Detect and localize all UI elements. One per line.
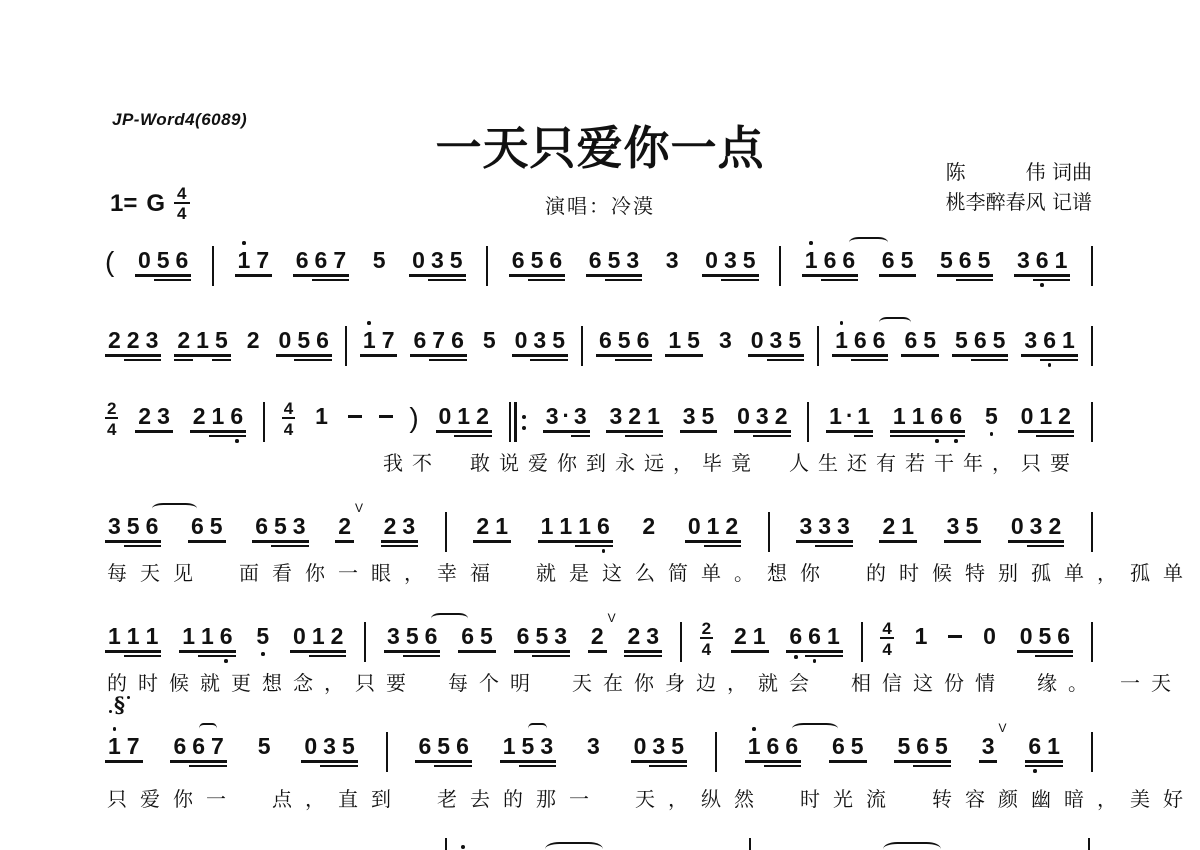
beam-line	[890, 435, 909, 437]
beam-line	[105, 354, 124, 356]
beam-line	[1035, 655, 1054, 657]
note-group: 656	[415, 734, 471, 758]
beam-line	[105, 650, 124, 652]
note-digit: 1	[559, 513, 572, 539]
beam-line	[143, 354, 162, 356]
note-digit: 6	[916, 733, 929, 759]
note-group: 012	[290, 624, 346, 648]
beam-line	[477, 650, 496, 652]
beam-line	[532, 650, 551, 652]
time-numerator: 4	[282, 400, 295, 417]
octave-dot-low	[813, 659, 817, 663]
time-denominator: 4	[880, 637, 893, 658]
beam-line	[1036, 430, 1055, 432]
jianpu-note: 6	[143, 514, 162, 538]
jianpu-note: 2	[1045, 514, 1064, 538]
beam-line	[173, 279, 192, 281]
beam-line	[605, 279, 624, 281]
note-digit: 5	[618, 327, 631, 353]
jianpu-note: 1	[1036, 404, 1055, 428]
barline	[212, 246, 214, 286]
note-digit: 5	[687, 327, 700, 353]
barline	[486, 246, 488, 286]
note-digit: 6	[425, 623, 438, 649]
beam-line	[453, 765, 472, 767]
note-digit: 3	[818, 513, 831, 539]
note-group: 012	[1018, 404, 1074, 428]
jianpu-note: 6	[422, 624, 441, 648]
note-digit: 1	[196, 327, 209, 353]
beam-line	[704, 545, 723, 547]
note-digit: 1	[901, 513, 914, 539]
note-group: 21	[473, 514, 511, 538]
beam-line	[631, 760, 650, 762]
beam-line	[198, 650, 217, 652]
jianpu-note: 7	[379, 328, 398, 352]
jianpu-note: 6	[805, 624, 824, 648]
note-digit: 5	[127, 513, 140, 539]
beam-line	[551, 655, 570, 657]
beam-line	[750, 650, 769, 652]
beam-line	[124, 545, 143, 547]
octave-dot-high	[809, 241, 813, 245]
note-group: 17	[235, 248, 273, 272]
note-digit: 7	[256, 247, 269, 273]
beam-line	[198, 655, 217, 657]
note-group: 15	[665, 328, 703, 352]
jianpu-note: 3	[606, 404, 625, 428]
jianpu-note: 1	[644, 404, 663, 428]
note-group: 361	[1021, 328, 1077, 352]
beam-line	[845, 430, 854, 432]
note-group: 3	[716, 328, 735, 352]
note-group: 056	[1017, 624, 1073, 648]
jianpu-note: 5	[605, 248, 624, 272]
jianpu-note: 6	[313, 328, 332, 352]
beam-line	[415, 760, 434, 762]
note-group: 361	[1014, 248, 1070, 272]
beam-line	[979, 760, 998, 762]
note-digit: 0	[705, 247, 718, 273]
note-group: 2	[244, 328, 263, 352]
note-digit: 5	[274, 513, 287, 539]
beam-line	[105, 760, 124, 762]
barline	[768, 512, 770, 552]
beam-line	[381, 540, 400, 542]
note-group: 17	[360, 328, 398, 352]
beam-line	[173, 274, 192, 276]
note-group: 661	[786, 624, 842, 648]
beam-line	[606, 430, 625, 432]
partial-barline	[1088, 838, 1090, 850]
beam-line	[785, 354, 804, 356]
note-digit: 3	[770, 327, 783, 353]
jianpu-note: 3	[571, 404, 590, 428]
note-digit: 6	[882, 247, 895, 273]
beam-line	[447, 279, 466, 281]
octave-dot-low	[935, 439, 939, 443]
time-numerator: 4	[880, 620, 893, 637]
octave-dot-low	[1033, 769, 1037, 773]
jianpu-note: 1	[492, 514, 511, 538]
note-group: 5	[253, 624, 272, 648]
jianpu-note: 5	[124, 514, 143, 538]
beam-line	[740, 279, 759, 281]
beam-line	[575, 540, 594, 542]
beam-line	[802, 274, 821, 276]
note-digit: 2	[384, 513, 397, 539]
octave-dot-high	[840, 321, 844, 325]
note-digit: 3	[666, 247, 679, 273]
jianpu-note: 3	[767, 328, 786, 352]
jianpu-note: 1	[124, 624, 143, 648]
beam-line	[596, 354, 615, 356]
beam-line	[975, 279, 994, 281]
jianpu-note: 5	[255, 734, 274, 758]
jianpu-note: 2	[1055, 404, 1074, 428]
beam-line	[188, 540, 207, 542]
beam-line	[320, 765, 339, 767]
beam-line	[235, 274, 254, 276]
beam-line	[772, 435, 791, 437]
note-digit: 3	[533, 327, 546, 353]
jianpu-note: 6	[829, 734, 848, 758]
note-digit: 5	[985, 403, 998, 429]
beam-line	[538, 540, 557, 542]
jianpu-note: 1	[235, 248, 254, 272]
note-digit: 5	[965, 513, 978, 539]
beam-line	[740, 274, 759, 276]
note-group: 23	[624, 624, 662, 648]
beam-line	[805, 650, 824, 652]
beam-line	[851, 359, 870, 361]
note-digit: 6	[637, 327, 650, 353]
note-group: 35	[680, 404, 718, 428]
beam-line	[135, 274, 154, 276]
beam-line	[890, 430, 909, 432]
jianpu-note: 5	[532, 624, 551, 648]
beam-line	[1017, 650, 1036, 652]
beam-line	[734, 430, 753, 432]
beam-line	[549, 359, 568, 361]
beam-line	[901, 354, 920, 356]
octave-dot-high	[242, 241, 246, 245]
beam-line	[124, 655, 143, 657]
beam-line	[586, 274, 605, 276]
jianpu-note: 1	[500, 734, 519, 758]
jianpu-note: 5	[937, 248, 956, 272]
jianpu-note: 5	[932, 734, 951, 758]
jianpu-note: 5	[528, 248, 547, 272]
jianpu-note: 1	[179, 624, 198, 648]
jianpu-note: 3	[428, 248, 447, 272]
beam-line	[834, 540, 853, 542]
beam-line	[124, 540, 143, 542]
note-digit: 6	[1057, 623, 1070, 649]
jianpu-note: 0	[409, 248, 428, 272]
jianpu-note: 3	[154, 404, 173, 428]
jianpu-note: 5	[982, 404, 1001, 428]
jianpu-note: ·	[562, 404, 571, 428]
note-digit: 5	[437, 733, 450, 759]
beam-line	[174, 354, 193, 356]
beam-line	[839, 274, 858, 276]
note-digit: 6	[597, 513, 610, 539]
beam-line	[546, 274, 565, 276]
octave-dot-high	[752, 727, 756, 731]
jianpu-note: 1	[824, 624, 843, 648]
beam-line	[704, 540, 723, 542]
note-group: 2V	[588, 624, 607, 648]
note-group: 1	[912, 624, 931, 648]
jianpu-note: 6	[913, 734, 932, 758]
jianpu-note: 5	[339, 734, 358, 758]
beam-line	[313, 354, 332, 356]
note-digit: 6	[1036, 247, 1049, 273]
beam-line	[644, 430, 663, 432]
jianpu-note: 1	[309, 624, 328, 648]
beam-line	[920, 354, 939, 356]
inline-time-signature: 24	[105, 400, 118, 438]
note-digit: 6	[512, 247, 525, 273]
beam-line	[409, 274, 428, 276]
note-digit: 6	[176, 247, 189, 273]
slur-arc	[879, 317, 911, 328]
beam-line	[1027, 540, 1046, 542]
note-digit: 1	[201, 623, 214, 649]
jianpu-note: 3	[663, 248, 682, 272]
note-digit: 5	[210, 513, 223, 539]
jianpu-note: 2	[124, 328, 143, 352]
note-digit: 5	[788, 327, 801, 353]
jianpu-note: 6	[764, 734, 783, 758]
note-digit: 3	[546, 403, 559, 429]
note-digit: 6	[842, 247, 855, 273]
beam-line	[913, 765, 932, 767]
beam-line	[571, 430, 590, 432]
jianpu-note: 5	[848, 734, 867, 758]
beam-line	[212, 359, 231, 361]
jianpu-note: 6	[410, 328, 429, 352]
beam-line	[208, 765, 227, 767]
note-digit: 3	[431, 247, 444, 273]
jianpu-note: 3	[623, 248, 642, 272]
note-digit: 1	[541, 513, 554, 539]
note-digit: 2	[138, 403, 151, 429]
note-digit: 1	[829, 403, 842, 429]
beam-line	[428, 274, 447, 276]
beam-line	[928, 430, 947, 432]
note-digit: 7	[432, 327, 445, 353]
note-digit: 6	[517, 623, 530, 649]
jianpu-note: 1	[665, 328, 684, 352]
beam-line	[208, 760, 227, 762]
jianpu-note: 0	[135, 248, 154, 272]
partial-octave-dot	[461, 845, 465, 849]
beam-line	[851, 354, 870, 356]
jianpu-note: 3	[721, 248, 740, 272]
beam-line	[1025, 760, 1044, 762]
beam-line	[971, 354, 990, 356]
beam-line	[722, 545, 741, 547]
parenthesis: (	[105, 247, 114, 277]
segno-dot	[109, 710, 112, 713]
beam-line	[879, 274, 898, 276]
jianpu-note: 6	[170, 734, 189, 758]
beam-line	[624, 650, 643, 652]
beam-line	[154, 279, 173, 281]
jianpu-note: 2	[473, 514, 492, 538]
note-digit: 6	[767, 733, 780, 759]
beam-line	[625, 435, 644, 437]
music-line: 2423216441)0123·3321350321·111665012	[105, 392, 1093, 450]
jianpu-note: 6	[1025, 734, 1044, 758]
note-digit: 2	[331, 623, 344, 649]
jianpu-note: 6	[1040, 328, 1059, 352]
note-group: 65	[879, 248, 917, 272]
beam-line	[271, 540, 290, 542]
beam-line	[328, 655, 347, 657]
jianpu-note: 2	[879, 514, 898, 538]
beam-line	[1018, 430, 1037, 432]
jianpu-note: 7	[330, 248, 349, 272]
beam-line	[594, 545, 613, 547]
beam-line	[143, 359, 162, 361]
beam-line	[962, 540, 981, 542]
beam-line	[399, 545, 418, 547]
beam-line	[509, 274, 528, 276]
beam-line	[1033, 274, 1052, 276]
lyrics-line-3: 的时候就更想念，只要 每个明 天在你身边，就会 相信这份情 缘。 一天	[107, 667, 1182, 696]
jianpu-note: 3	[584, 734, 603, 758]
note-group: 035	[748, 328, 804, 352]
beam-line	[932, 760, 951, 762]
octave-dot-low	[954, 439, 958, 443]
beam-line	[956, 274, 975, 276]
note-digit: 1	[363, 327, 376, 353]
beam-line	[227, 435, 246, 437]
beam-line	[937, 274, 956, 276]
beam-line	[124, 650, 143, 652]
octave-dot-low	[990, 432, 994, 436]
jianpu-note: 3	[753, 404, 772, 428]
beam-line	[276, 354, 295, 356]
jianpu-note: 6	[312, 248, 331, 272]
jianpu-note: 1	[802, 248, 821, 272]
note-digit: 6	[785, 733, 798, 759]
beam-line	[821, 279, 840, 281]
note-group: 3V	[979, 734, 998, 758]
jianpu-note: 2	[105, 328, 124, 352]
jianpu-note: 1	[704, 514, 723, 538]
jianpu-note: 2	[135, 404, 154, 428]
note-group: 653	[252, 514, 308, 538]
barline	[1091, 622, 1093, 662]
note-digit: 0	[279, 327, 292, 353]
beam-line	[605, 274, 624, 276]
note-digit: 6	[315, 247, 328, 273]
time-denominator: 4	[105, 417, 118, 438]
note-digit: 3	[554, 623, 567, 649]
beam-line	[403, 655, 422, 657]
octave-dot-low	[224, 659, 228, 663]
jianpu-note: 3	[143, 328, 162, 352]
beam-line	[767, 354, 786, 356]
note-group: 166	[832, 328, 888, 352]
jianpu-note: 5	[898, 248, 917, 272]
jianpu-note: 3	[1027, 514, 1046, 538]
beam-line	[135, 430, 154, 432]
note-digit: 6	[832, 733, 845, 759]
beam-line	[913, 760, 932, 762]
note-digit: 2	[591, 623, 604, 649]
note-group: 667	[170, 734, 226, 758]
beam-line	[1021, 354, 1040, 356]
repeat-bar	[514, 402, 517, 442]
beam-line	[339, 760, 358, 762]
note-group: 3	[663, 248, 682, 272]
note-digit: 5	[258, 733, 271, 759]
note-digit: 5	[940, 247, 953, 273]
beam-line	[492, 540, 511, 542]
beam-line	[473, 430, 492, 432]
jianpu-note: 6	[189, 734, 208, 758]
jianpu-note: 5	[271, 514, 290, 538]
beam-line	[1059, 354, 1078, 356]
note-group: 215	[174, 328, 230, 352]
beam-line	[854, 435, 873, 437]
music-line: 1766750356561533035166655653V61	[105, 722, 1093, 780]
barline	[386, 732, 388, 772]
beam-line	[448, 359, 467, 361]
barline	[1091, 512, 1093, 552]
jianpu-note: 5	[154, 248, 173, 272]
note-digit: 6	[589, 247, 602, 273]
note-digit: 2	[734, 623, 747, 649]
octave-dot-low	[794, 655, 798, 659]
note-group: 65	[901, 328, 939, 352]
note-group: 656	[509, 248, 565, 272]
beam-line	[668, 765, 687, 767]
note-digit: 1	[857, 403, 870, 429]
jianpu-note: 3	[105, 514, 124, 538]
partial-barline	[445, 838, 447, 850]
note-digit: 0	[293, 623, 306, 649]
jianpu-note: 6	[217, 624, 236, 648]
note-group: 035	[631, 734, 687, 758]
slur-arc	[528, 723, 547, 734]
jianpu-note: 3	[643, 624, 662, 648]
beam-line	[217, 655, 236, 657]
time-denominator: 4	[282, 417, 295, 438]
note-digit: 3	[574, 403, 587, 429]
inline-time-signature: 44	[282, 400, 295, 438]
note-digit: 1	[827, 623, 840, 649]
beam-line	[685, 540, 704, 542]
jianpu-note: 6	[821, 248, 840, 272]
beam-line	[721, 279, 740, 281]
repeat-bar	[509, 402, 512, 442]
segno-glyph: §	[114, 692, 125, 717]
jianpu-note: 0	[631, 734, 650, 758]
jianpu-note: ·	[845, 404, 854, 428]
note-digit: 5	[1038, 623, 1051, 649]
note-digit: 0	[751, 327, 764, 353]
beam-line	[453, 760, 472, 762]
beam-line	[668, 760, 687, 762]
jianpu-note: 5	[212, 328, 231, 352]
note-group: 21	[731, 624, 769, 648]
